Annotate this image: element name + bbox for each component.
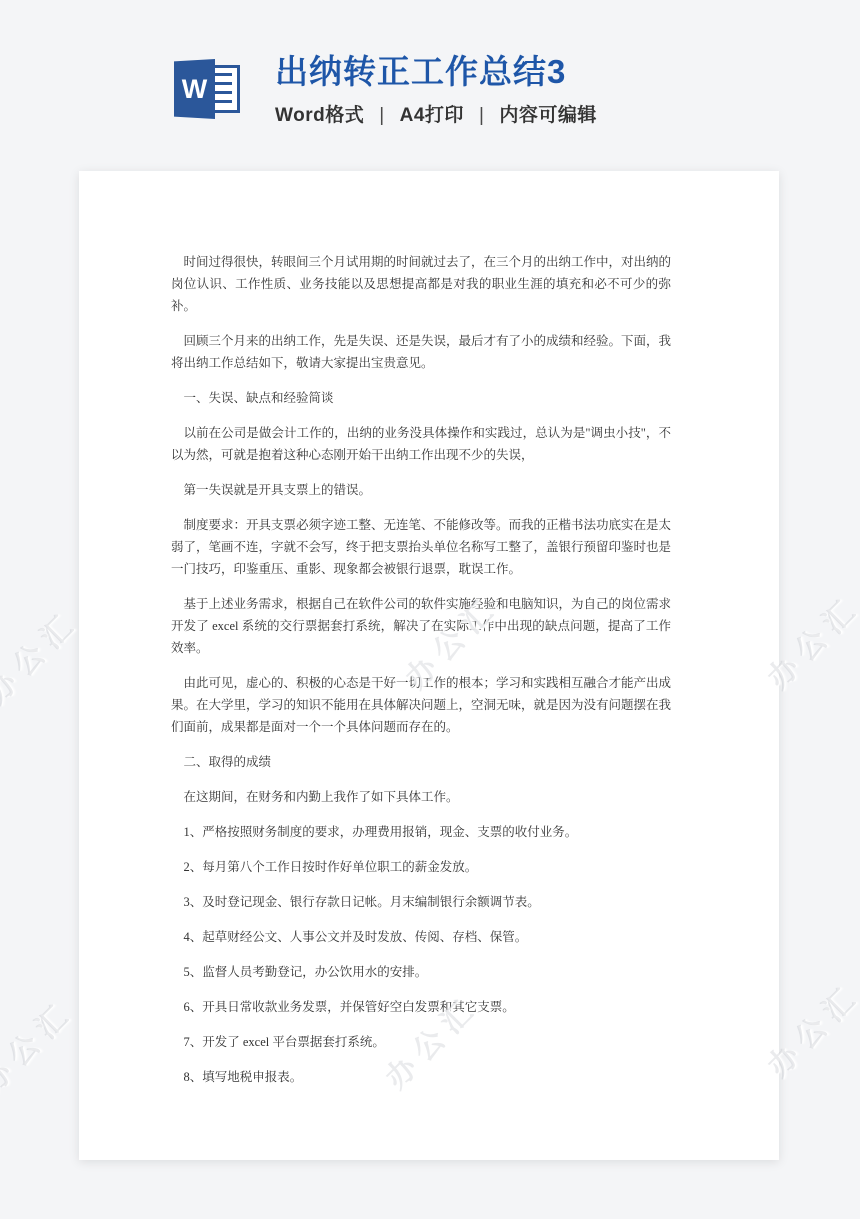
paragraph: 以前在公司是做会计工作的，出纳的业务没具体操作和实践过，总认为是"调虫小技"，不… [171,422,671,466]
word-icon-cover: W [174,59,215,119]
paragraph: 1、严格按照财务制度的要求，办理费用报销，现金、支票的收付业务。 [171,821,671,843]
paragraph: 制度要求：开具支票必须字迹工整、无连笔、不能修改等。而我的正楷书法功底实在是太弱… [171,514,671,580]
document-page: 时间过得很快，转眼间三个月试用期的时间就过去了，在三个月的出纳工作中，对出纳的岗… [79,171,779,1160]
paragraph: 一、失误、缺点和经验简谈 [171,387,671,409]
paragraph: 8、填写地税申报表。 [171,1066,671,1088]
separator-pipe: | [379,105,384,126]
paragraph: 6、开具日常收款业务发票，并保管好空白发票和其它支票。 [171,996,671,1018]
format-editable: 内容可编辑 [499,105,597,126]
document-header: W 出纳转正工作总结3 Word格式|A4打印|内容可编辑 [0,0,860,171]
paragraph: 7、开发了 excel 平台票据套打系统。 [171,1031,671,1053]
format-a4: A4打印 [400,105,464,126]
paragraph: 时间过得很快，转眼间三个月试用期的时间就过去了，在三个月的出纳工作中，对出纳的岗… [171,251,671,317]
separator-pipe: | [479,105,484,126]
paragraph: 第一失误就是开具支票上的错误。 [171,479,671,501]
word-file-icon: W [174,59,240,119]
paragraph: 5、监督人员考勤登记，办公饮用水的安排。 [171,961,671,983]
paragraph: 在这期间，在财务和内勤上我作了如下具体工作。 [171,786,671,808]
watermark-text: 办公汇 [0,598,87,712]
watermark-text: 办公汇 [0,988,82,1102]
format-word: Word格式 [275,105,364,126]
format-info-bar: Word格式|A4打印|内容可编辑 [275,100,597,127]
paragraph: 回顾三个月来的出纳工作，先是失误、还是失误，最后才有了小的成绩和经验。下面，我将… [171,330,671,374]
word-icon-letter: W [182,76,207,103]
document-content: 时间过得很快，转眼间三个月试用期的时间就过去了，在三个月的出纳工作中，对出纳的岗… [171,251,671,1101]
paragraph: 二、取得的成绩 [171,751,671,773]
paragraph: 3、及时登记现金、银行存款日记帐。月末编制银行余额调节表。 [171,891,671,913]
paragraph: 2、每月第八个工作日按时作好单位职工的薪金发放。 [171,856,671,878]
paragraph: 基于上述业务需求，根据自己在软件公司的软件实施经验和电脑知识，为自己的岗位需求开… [171,593,671,659]
page-title: 出纳转正工作总结3 [275,46,566,93]
paragraph: 由此可见，虚心的、积极的心态是干好一切工作的根本；学习和实践相互融合才能产出成果… [171,672,671,738]
paragraph: 4、起草财经公文、人事公文并及时发放、传阅、存档、保管。 [171,926,671,948]
